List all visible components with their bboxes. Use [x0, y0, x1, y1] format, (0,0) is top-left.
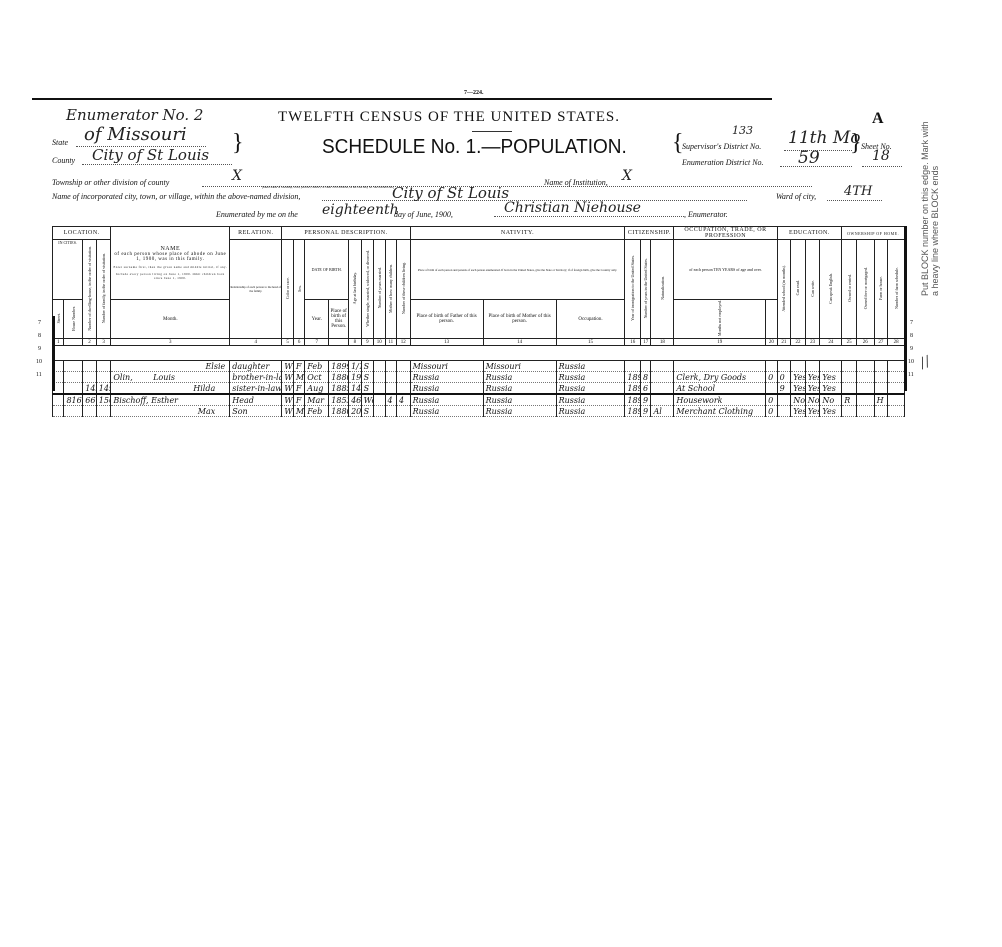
age-col: Age at last birthday. [352, 272, 357, 304]
occupation-col: Occupation. [556, 300, 625, 339]
line-number: 11 [36, 372, 42, 378]
enumerator-name: Christian Niehouse [504, 200, 641, 216]
location-header: LOCATION. [53, 227, 111, 240]
birth-person-col: Place of birth of this Person. [329, 300, 349, 339]
farm-house-col: Farm or house. [878, 276, 883, 300]
block-end-mark: // [917, 351, 934, 374]
mother-of-col: Mother of how many children. [388, 264, 393, 313]
children-living-col: Number of these children living. [401, 262, 406, 314]
house-number-col: House Number. [71, 306, 76, 331]
dwelling-col: Number of dwelling-house, in the order o… [87, 246, 92, 331]
line-number-right: 7 [910, 320, 913, 326]
ward-value: 4TH [844, 184, 872, 199]
year-col: Year. [305, 300, 329, 339]
ed-value: 59 [798, 148, 820, 168]
line-number: 9 [38, 346, 41, 352]
months-unemployed-col: Months not employed. [717, 300, 722, 336]
personal-description-header: PERSONAL DESCRIPTION. [282, 227, 410, 240]
state-label: State [52, 138, 68, 147]
table-row: Elsie daughter WFFeb18991/12S MissouriMi… [53, 361, 905, 372]
farm-schedule-col: Number of farm schedule. [894, 267, 899, 309]
line-number: 8 [38, 333, 41, 339]
sheet-letter: A [872, 110, 884, 128]
left-heavy-border [52, 316, 55, 391]
city-label: Name of incorporated city, town, or vill… [52, 192, 300, 201]
right-heavy-border [904, 226, 907, 391]
census-title: TWELFTH CENSUS OF THE UNITED STATES. [278, 109, 620, 126]
years-in-us-col: Number of years in the United States. [643, 258, 648, 318]
sheet-value: 18 [872, 148, 890, 164]
name-header: NAME of each person whose place of abode… [111, 227, 230, 300]
census-sheet: 7—224. Enumerator No. 2 TWELFTH CENSUS O… [32, 96, 912, 391]
table-row: 149149 Hilda sister-in-law WFAug188514S … [53, 383, 905, 395]
color-col: Color or race. [285, 277, 290, 299]
enumerated-prefix: Enumerated by me on the [216, 210, 298, 219]
owned-rented-col: Owned or rented. [847, 274, 852, 302]
in-cities-header: IN CITIES. [53, 240, 83, 300]
occupation-header: OCCUPATION, TRADE, OR PROFESSION [674, 227, 777, 240]
schedule-title: SCHEDULE No. 1.—POPULATION. [322, 136, 627, 159]
brace-right-close: } [850, 130, 862, 157]
nativity-desc: Place of birth of each person and parent… [410, 240, 625, 300]
nativity-header: NATIVITY. [410, 227, 625, 240]
street-col: Street. [56, 313, 61, 323]
sex-col: Sex. [297, 285, 302, 292]
institution-value: X [622, 168, 632, 184]
column-numbers-row: 1123 34 567789101112 131415 161718 1920 … [53, 339, 905, 346]
enumerated-day: eighteenth [322, 202, 399, 218]
top-rule [32, 98, 772, 100]
relation-col: Relationship of each person to the head … [230, 240, 282, 339]
attended-school-col: Attended school (in months). [781, 265, 786, 312]
can-read-col: Can read. [795, 280, 800, 295]
birth-father-col: Place of birth of Father of this person. [410, 300, 483, 339]
occupation-desc: of each person TEN YEARS of age and over… [674, 240, 777, 300]
county-label: County [52, 156, 75, 165]
ownership-header: OWNERSHIP OF HOME. [842, 227, 905, 240]
line-number: 7 [38, 320, 41, 326]
family-col: Number of family, in the order of visita… [101, 253, 106, 323]
ward-label: Ward of city, [776, 192, 816, 201]
line-number-right: 9 [910, 346, 913, 352]
free-mortgaged-col: Owned free or mortgaged. [863, 267, 868, 309]
table-row: Olin, Louis brother-in-law WMOct188019S … [53, 372, 905, 383]
relation-header: RELATION. [230, 227, 282, 240]
years-married-col: Number of years married. [377, 267, 382, 308]
marital-col: Whether single, married, widowed, or div… [365, 250, 370, 327]
block-side-note: Put BLOCK number on this edge. Mark with… [920, 116, 940, 296]
ed-label: Enumeration District No. [682, 158, 764, 167]
immigration-col: Year of immigration to the United States… [630, 255, 635, 321]
population-table: LOCATION. NAME of each person whose plac… [52, 226, 905, 417]
education-header: EDUCATION. [777, 227, 842, 240]
line-number-right: 11 [908, 372, 914, 378]
line-number: 10 [36, 359, 42, 365]
state-value: of Missouri [84, 124, 187, 145]
supervisor-label: Supervisor's District No. [682, 142, 761, 151]
birth-mother-col: Place of birth of Mother of this person. [483, 300, 556, 339]
township-hint: [Insert name of township, town, precinct… [262, 185, 394, 189]
brace-left: } [232, 130, 244, 157]
township-value: X [232, 168, 242, 184]
enumerator-number: Enumerator No. 2 [66, 106, 203, 124]
title-divider [472, 131, 512, 132]
table-row: Max Son WMFeb188020S RussiaRussiaRussia … [53, 406, 905, 417]
line-number-right: 10 [908, 359, 914, 365]
township-label: Township or other division of county [52, 178, 169, 187]
county-value: City of St Louis [92, 146, 209, 164]
city-value: City of St Louis [392, 184, 509, 202]
naturalization-col: Naturalization. [660, 276, 665, 300]
can-speak-english-col: Can speak English. [828, 273, 833, 304]
enumerated-suffix: day of June, 1900, [394, 210, 453, 219]
dob-header: DATE OF BIRTH. [305, 240, 349, 300]
form-number: 7—224. [464, 90, 484, 96]
enumerator-suffix: , Enumerator. [684, 210, 728, 219]
can-write-col: Can write. [810, 280, 815, 297]
gap-row [53, 346, 905, 361]
institution-label: Name of Institution, [544, 178, 608, 187]
citizenship-header: CITIZENSHIP. [625, 227, 674, 240]
line-number-right: 8 [910, 333, 913, 339]
month-col: Month. [111, 300, 230, 339]
supervisor-note: 133 [732, 124, 753, 137]
table-row: 81666150 Bischoff, Esther Head WFMar1853… [53, 394, 905, 406]
